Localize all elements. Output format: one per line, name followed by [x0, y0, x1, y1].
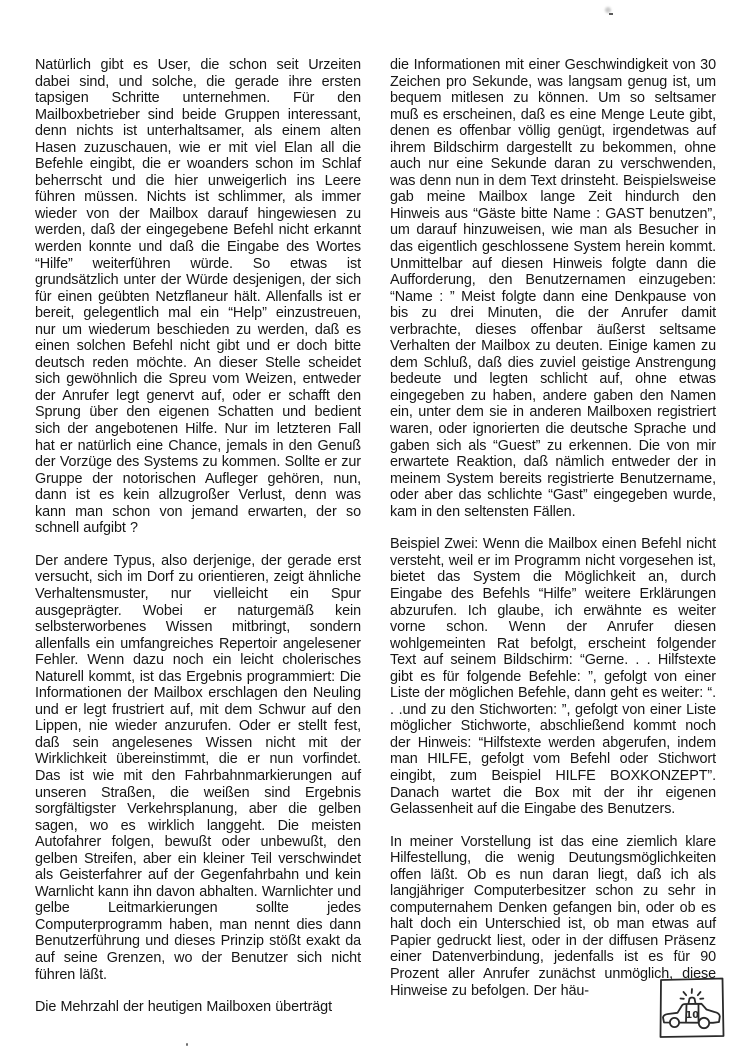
paragraph-right-2: Beispiel Zwei: Wenn die Mailbox einen Be… — [390, 536, 716, 817]
scan-speck — [609, 13, 613, 15]
text-column-right: die Informationen mit einer Geschwindigk… — [390, 57, 716, 1032]
police-car-icon: 10 — [658, 976, 726, 1040]
stamp-frame — [661, 979, 724, 1038]
text-column-left: Natürlich gibt es User, die schon seit U… — [35, 57, 361, 1032]
paragraph-left-3: Die Mehrzahl der heutigen Mailboxen über… — [35, 999, 361, 1016]
paragraph-right-1: die Informationen mit einer Geschwindigk… — [390, 57, 716, 520]
police-car-number: 10 — [686, 1010, 700, 1021]
paragraph-left-1: Natürlich gibt es User, die schon seit U… — [35, 57, 361, 537]
text-columns: Natürlich gibt es User, die schon seit U… — [35, 57, 717, 1032]
document-page: Natürlich gibt es User, die schon seit U… — [0, 0, 750, 1050]
paragraph-left-2: Der andere Typus, also derjenige, der ge… — [35, 553, 361, 983]
scan-speck — [186, 1043, 188, 1046]
paragraph-right-3: In meiner Vorstellung ist das eine zieml… — [390, 834, 716, 999]
